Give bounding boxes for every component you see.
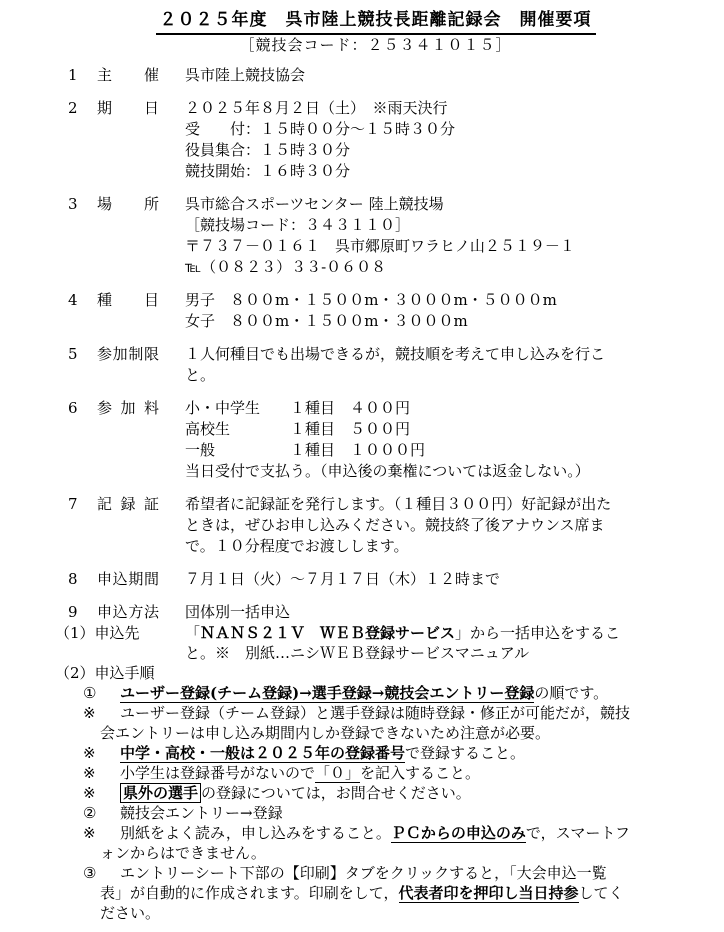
- item-row: 9 申込方法 団体別一括申込: [68, 602, 696, 623]
- procedure-note: ※ ユーザー登録（チーム登録）と選手登録は随時登録・修正が可能だが，競技 会エン…: [55, 703, 696, 743]
- item-line: 希望者に記録証を発行します。（１種目３００円）好記録が出た: [185, 494, 696, 515]
- item-number: 4: [68, 290, 97, 332]
- step-body: エントリーシート下部の【印刷】タブをクリックすると，「大会申込一覧 表」が自動的…: [120, 863, 696, 923]
- step-line: 表」が自動的に作成されます。印刷をして，代表者印を押印し当日持参してく: [100, 883, 696, 903]
- item-line: で。１０分程度でお渡しします。: [185, 536, 696, 557]
- item-content: 希望者に記録証を発行します。（１種目３００円）好記録が出た ときは，ぜひお申し込…: [185, 494, 696, 557]
- page-title: ２０２５年度 呉市陸上競技長距離記録会 開催要項: [156, 8, 596, 35]
- item-label: 期日: [97, 98, 159, 182]
- apply-to-line: と。※ 別紙…ニシＷＥＢ登録サービスマニュアル: [185, 643, 696, 663]
- text-segment: で登録すること。: [405, 744, 525, 762]
- step-line: 別紙をよく読み，申し込みをすること。ＰＣからの申込のみで，スマートフ: [120, 823, 696, 843]
- item-content: 呉市陸上競技協会: [185, 65, 696, 86]
- step-marker: ①: [83, 683, 120, 703]
- apply-to-row: （1）申込先 「ＮＡＮＳ２１Ｖ ＷＥＢ登録サービス」から一括申込をするこ と。※…: [55, 623, 696, 663]
- apply-to-body: 「ＮＡＮＳ２１Ｖ ＷＥＢ登録サービス」から一括申込をするこ と。※ 別紙…ニシＷ…: [185, 623, 696, 663]
- procedure-step: ② 競技会エントリー→登録: [55, 803, 696, 823]
- item-number: 1: [68, 65, 97, 86]
- item-line: 小・中学生 １種目 ４００円: [185, 398, 696, 419]
- procedure-note: ※ 別紙をよく読み，申し込みをすること。ＰＣからの申込のみで，スマートフ ォンか…: [55, 823, 696, 863]
- item-line: 高校生 １種目 ５００円: [185, 419, 696, 440]
- emphasized-text: 中学・高校・一般は２０２５年の登録番号: [120, 744, 405, 763]
- steps-header: （2）申込手順: [55, 663, 696, 683]
- procedure-step: ① ユーザー登録(チーム登録)→選手登録→競技会エントリー登録の順です。: [55, 683, 696, 703]
- note-marker: ※: [83, 783, 120, 803]
- item-number: 3: [68, 194, 97, 278]
- step-marker: ②: [83, 803, 120, 823]
- step-line: ださい。: [100, 903, 696, 923]
- item-row: 5 参加制限 １人何種目でも出場できるが，競技順を考えて申し込みを行こ と。: [68, 344, 696, 386]
- item-label: 記録証: [97, 494, 159, 557]
- item-content: 呉市総合スポーツセンター 陸上競技場 ［競技場コード：３４３１１０］ 〒７３７－…: [185, 194, 696, 278]
- step-line: ユーザー登録(チーム登録)→選手登録→競技会エントリー登録の順です。: [120, 683, 696, 703]
- service-name: ＮＡＮＳ２１Ｖ ＷＥＢ登録サービス: [200, 624, 455, 642]
- boxed-text: 県外の選手: [120, 783, 201, 803]
- item-label: 種目: [97, 290, 159, 332]
- item-line: 〒７３７－０１６１ 呉市郷原町ワラヒノ山２５１９－１: [185, 236, 696, 257]
- item-content: １人何種目でも出場できるが，競技順を考えて申し込みを行こ と。: [185, 344, 696, 386]
- procedure-note: ※ 県外の選手の登録については，お問合せください。: [55, 783, 696, 803]
- step-body: ユーザー登録（チーム登録）と選手登録は随時登録・修正が可能だが，競技 会エントリ…: [120, 703, 696, 743]
- text-segment: 「: [185, 624, 200, 642]
- item-row: 8 申込期間 ７月１日（火）～７月１７日（木）１２時まで: [68, 569, 696, 590]
- application-procedure: （1）申込先 「ＮＡＮＳ２１Ｖ ＷＥＢ登録サービス」から一括申込をするこ と。※…: [55, 623, 696, 923]
- step-body: ユーザー登録(チーム登録)→選手登録→競技会エントリー登録の順です。: [120, 683, 696, 703]
- item-content: 団体別一括申込: [185, 602, 696, 623]
- text-segment: の登録については，お問合せください。: [201, 784, 471, 802]
- item-content: ２０２５年８月２日（土） ※雨天決行 受 付：１５時００分～１５時３０分 役員集…: [185, 98, 696, 182]
- document-page: ２０２５年度 呉市陸上競技長距離記録会 開催要項 ［競技会コード：２５３４１０１…: [0, 0, 724, 932]
- item-row: 7 記録証 希望者に記録証を発行します。（１種目３００円）好記録が出た ときは，…: [68, 494, 696, 557]
- item-line: 団体別一括申込: [185, 602, 696, 623]
- item-row: 1 主催 呉市陸上競技協会: [68, 65, 696, 86]
- note-marker: ※: [83, 763, 120, 783]
- item-number: 7: [68, 494, 97, 557]
- procedure-note: ※ 中学・高校・一般は２０２５年の登録番号で登録すること。: [55, 743, 696, 763]
- note-marker: ※: [83, 743, 120, 763]
- underlined-text: 「０」: [315, 764, 360, 783]
- step-line: ユーザー登録（チーム登録）と選手登録は随時登録・修正が可能だが，競技: [120, 703, 696, 723]
- item-label: 参加料: [97, 398, 159, 482]
- emphasized-text: 代表者印を押印し当日持参: [399, 884, 579, 903]
- item-number: 6: [68, 398, 97, 482]
- item-line: ときは，ぜひお申し込みください。競技終了後アナウンス席ま: [185, 515, 696, 536]
- meet-code: ［競技会コード：２５３４１０１５］: [55, 35, 696, 55]
- apply-to-line: 「ＮＡＮＳ２１Ｖ ＷＥＢ登録サービス」から一括申込をするこ: [185, 623, 696, 643]
- item-content: 小・中学生 １種目 ４００円 高校生 １種目 ５００円 一般 １種目 １０００円…: [185, 398, 696, 482]
- procedure-step: ③ エントリーシート下部の【印刷】タブをクリックすると，「大会申込一覧 表」が自…: [55, 863, 696, 923]
- document-header: ２０２５年度 呉市陸上競技長距離記録会 開催要項 ［競技会コード：２５３４１０１…: [55, 8, 696, 55]
- item-label: 申込期間: [97, 569, 159, 590]
- item-number: 2: [68, 98, 97, 182]
- item-line: ℡（０８２３）３３-０６０８: [185, 257, 696, 278]
- item-row: 4 種目 男子 ８００m・１５００m・３０００m・５０００m 女子 ８００m・１…: [68, 290, 696, 332]
- text-segment: の順です。: [534, 684, 608, 702]
- item-line: １人何種目でも出場できるが，競技順を考えて申し込みを行こ: [185, 344, 696, 365]
- step-line: ォンからはできません。: [100, 843, 696, 863]
- item-content: 男子 ８００m・１５００m・３０００m・５０００m 女子 ８００m・１５００m・…: [185, 290, 696, 332]
- item-number: 5: [68, 344, 97, 386]
- text-segment: を記入すること。: [360, 764, 480, 782]
- item-line: と。: [185, 365, 696, 386]
- item-line: 男子 ８００m・１５００m・３０００m・５０００m: [185, 290, 696, 311]
- item-line: 呉市陸上競技協会: [185, 65, 696, 86]
- item-line: 一般 １種目 １０００円: [185, 440, 696, 461]
- step-line: 小学生は登録番号がないので「０」を記入すること。: [120, 763, 696, 783]
- text-segment: 小学生は登録番号がないので: [120, 764, 315, 782]
- step-body: 県外の選手の登録については，お問合せください。: [120, 783, 696, 803]
- text-segment: 」から一括申込をするこ: [455, 624, 620, 642]
- step-body: 競技会エントリー→登録: [120, 803, 696, 823]
- emphasized-text: ユーザー登録(チーム登録)→選手登録→競技会エントリー登録: [120, 684, 534, 703]
- item-label: 主催: [97, 65, 159, 86]
- item-line: 競技開始：１６時３０分: [185, 161, 696, 182]
- item-content: ７月１日（火）～７月１７日（木）１２時まで: [185, 569, 696, 590]
- step-line: 会エントリーは申し込み期間内しか登録できないため注意が必要。: [100, 723, 696, 743]
- item-number: 8: [68, 569, 97, 590]
- text-segment: 別紙をよく読み，申し込みをすること。: [120, 824, 391, 842]
- item-line: 当日受付で支払う。（申込後の棄権については返金しない。）: [185, 461, 696, 482]
- item-line: 呉市総合スポーツセンター 陸上競技場: [185, 194, 696, 215]
- text-segment: してく: [579, 884, 624, 902]
- item-row: 6 参加料 小・中学生 １種目 ４００円 高校生 １種目 ５００円 一般 １種目…: [68, 398, 696, 482]
- step-line: 県外の選手の登録については，お問合せください。: [120, 783, 696, 803]
- step-line: エントリーシート下部の【印刷】タブをクリックすると，「大会申込一覧: [120, 863, 696, 883]
- item-line: ２０２５年８月２日（土） ※雨天決行: [185, 98, 696, 119]
- emphasized-text: ＰＣからの申込のみ: [391, 824, 526, 843]
- item-line: 受 付：１５時００分～１５時３０分: [185, 119, 696, 140]
- procedure-note: ※ 小学生は登録番号がないので「０」を記入すること。: [55, 763, 696, 783]
- text-segment: で，スマートフ: [526, 824, 630, 842]
- step-body: 中学・高校・一般は２０２５年の登録番号で登録すること。: [120, 743, 696, 763]
- item-label: 参加制限: [97, 344, 159, 386]
- item-row: 3 場所 呉市総合スポーツセンター 陸上競技場 ［競技場コード：３４３１１０］ …: [68, 194, 696, 278]
- text-segment: 表」が自動的に作成されます。印刷をして，: [100, 884, 399, 902]
- item-number: 9: [68, 602, 97, 623]
- item-row: 2 期日 ２０２５年８月２日（土） ※雨天決行 受 付：１５時００分～１５時３０…: [68, 98, 696, 182]
- step-body: 小学生は登録番号がないので「０」を記入すること。: [120, 763, 696, 783]
- item-label: 申込方法: [97, 602, 159, 623]
- step-line: 中学・高校・一般は２０２５年の登録番号で登録すること。: [120, 743, 696, 763]
- item-line: ［競技場コード：３４３１１０］: [185, 215, 696, 236]
- item-label: 場所: [97, 194, 159, 278]
- item-line: ７月１日（火）～７月１７日（木）１２時まで: [185, 569, 696, 590]
- step-line: 競技会エントリー→登録: [120, 803, 696, 823]
- item-line: 女子 ８００m・１５００m・３０００m: [185, 311, 696, 332]
- item-line: 役員集合：１５時３０分: [185, 140, 696, 161]
- apply-to-marker: （1）申込先: [55, 623, 185, 663]
- step-body: 別紙をよく読み，申し込みをすること。ＰＣからの申込のみで，スマートフ ォンからは…: [120, 823, 696, 863]
